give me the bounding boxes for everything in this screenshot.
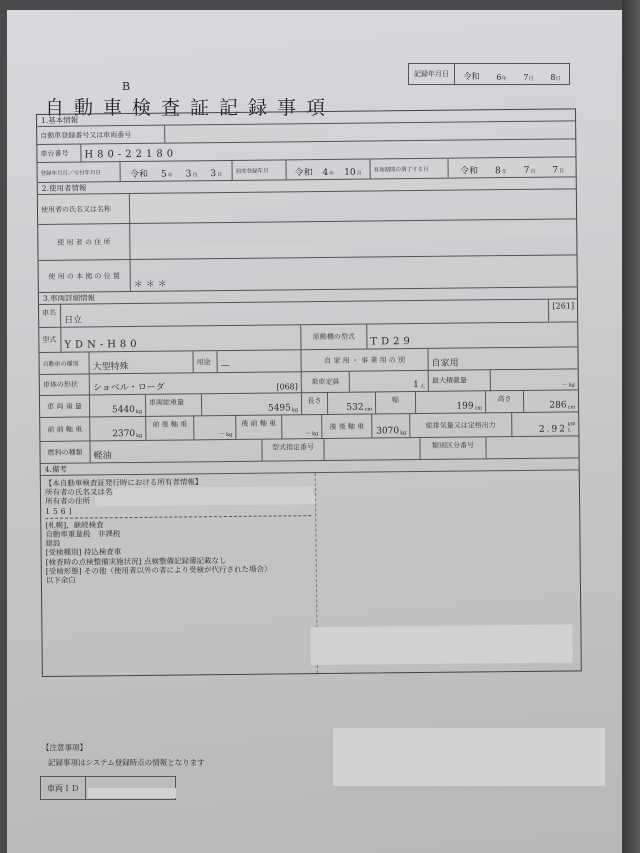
- category-value: [486, 436, 578, 458]
- max-load-value: －kg: [491, 369, 578, 390]
- body-shape-value: ショベル・ローダ [068]: [90, 372, 302, 394]
- remarks-right-panel: [316, 470, 581, 673]
- displacement-label: 総排気量又は定格出力: [410, 413, 512, 437]
- capacity-label: 乗車定員: [302, 372, 350, 393]
- user-address-label: 使 用 者 の 住 所: [38, 224, 130, 260]
- displacement-value: 2.92 kW L: [512, 412, 578, 436]
- record-date-label: 記録年月日: [409, 64, 455, 84]
- chassis-number-label: 車台番号: [37, 145, 81, 162]
- remarks-area: 【本自動車検査証発行時における所有者情報】 所有者の氏名又は名称 所有者の住所 …: [41, 470, 581, 676]
- model-label: 型式: [39, 328, 61, 352]
- record-date-value: 令和 6年 7月 8日: [455, 64, 569, 84]
- registration-number-label: 自動車登録番号又は車両番号: [37, 126, 165, 144]
- vehicle-weight-label: 車 両 重 量: [40, 395, 90, 417]
- expiry-label: 有効期間の満了する日: [370, 159, 448, 179]
- remarks-text: 【本自動車検査証発行時における所有者情報】 所有者の氏名又は名称 所有者の住所 …: [41, 473, 318, 676]
- width-label: 幅: [376, 392, 416, 413]
- document-paper: 記録年月日 令和 6年 7月 8日 B 自動車検査証記録事項 1.基本情報 自動…: [7, 10, 625, 853]
- first-registration-value: 令和 4年 10月: [286, 159, 370, 179]
- height-value: 286cm: [524, 390, 578, 412]
- rf-axle-value: －kg: [282, 415, 322, 438]
- row-user-address: 使 用 者 の 住 所: [38, 219, 576, 261]
- purpose-value: —: [217, 350, 301, 372]
- fuel-label: 燃料の種類: [40, 441, 90, 463]
- record-form: 1.基本情報 自動車登録番号又は車両番号 車台番号 H80-22180 登録年月…: [36, 108, 582, 677]
- user-name-value: [130, 189, 576, 223]
- ff-axle-label: 前 前 軸 重: [40, 417, 90, 441]
- notice-text: 記録事項はシステム登録時点の情報となります: [48, 757, 205, 768]
- background-edge: [622, 0, 640, 853]
- purpose-label: 用途: [193, 351, 217, 372]
- make-code: [261]: [549, 299, 577, 321]
- engine-model-label: 原動機の型式: [301, 325, 367, 350]
- type-designation-value: [324, 438, 420, 460]
- type-designation-label: 型式指定番号: [262, 439, 324, 461]
- rr-axle-value: 3070kg: [372, 414, 410, 437]
- rr-axle-label: 後 後 軸 重: [322, 414, 372, 438]
- length-value: 532cm: [328, 392, 376, 414]
- width-value: 199cm: [416, 391, 486, 413]
- redacted-block: [168, 126, 328, 142]
- ff-axle-value: 2370kg: [90, 417, 146, 441]
- fuel-value: 軽油: [90, 440, 262, 463]
- model-value: YDN-H80: [61, 325, 301, 352]
- fr-axle-label: 前 後 軸 重: [146, 416, 194, 440]
- owner-address-line: 所有者の住所: [45, 495, 311, 507]
- vehicle-type-value: 大型特殊: [89, 351, 193, 373]
- base-location-value: ＊＊＊: [131, 255, 577, 291]
- redacted-block: [88, 788, 176, 798]
- expiry-value: 令和 8年 7月 7日: [448, 157, 575, 177]
- redacted-block: [333, 728, 605, 786]
- rf-axle-label: 後 前 軸 重: [236, 415, 282, 438]
- height-label: 高さ: [486, 391, 524, 412]
- issue-date-value: 令和 5年 3月 3日: [121, 161, 233, 181]
- redacted-block: [310, 624, 572, 665]
- vehicle-id-label: 車両ＩＤ: [41, 777, 86, 799]
- record-date-box: 記録年月日 令和 6年 7月 8日: [408, 63, 570, 85]
- notice-title: 【注意事項】: [42, 742, 87, 753]
- user-address-value: [130, 219, 576, 259]
- max-load-label: 最大積載量: [429, 370, 491, 391]
- gross-weight-label: 車両総重量: [146, 394, 202, 416]
- vehicle-weight-value: 5440kg: [90, 395, 146, 417]
- category-label: 類別区分番号: [420, 437, 486, 459]
- user-name-label: 使用者の氏名又は名称: [38, 194, 130, 224]
- gross-weight-value: 5495kg: [202, 393, 302, 415]
- first-registration-label: 初度登録年月: [233, 160, 287, 180]
- vehicle-id-value: [86, 777, 175, 799]
- private-business-value: 自家用: [428, 347, 577, 370]
- length-label: 長さ: [302, 393, 328, 414]
- redacted-block: [504, 223, 574, 236]
- capacity-value: 1人: [350, 371, 429, 392]
- redacted-block: [133, 207, 233, 222]
- body-shape-label: 車体の形状: [40, 374, 90, 395]
- base-location-label: 使 用 の 本 拠 の 位 置: [39, 260, 131, 292]
- vehicle-type-label: 自動車の種別: [40, 352, 90, 374]
- private-business-label: 自 家 用 ・ 事 業 用 の 別: [301, 349, 428, 371]
- vehicle-id-box: 車両ＩＤ: [40, 776, 176, 800]
- fr-axle-value: －kg: [194, 416, 236, 439]
- engine-model-value: TD29: [367, 322, 577, 348]
- document-marker: B: [122, 80, 130, 93]
- make-label: 車名: [39, 305, 61, 327]
- redacted-block: [133, 244, 313, 258]
- issue-date-label: 登録年月日／交付年月日: [38, 162, 121, 182]
